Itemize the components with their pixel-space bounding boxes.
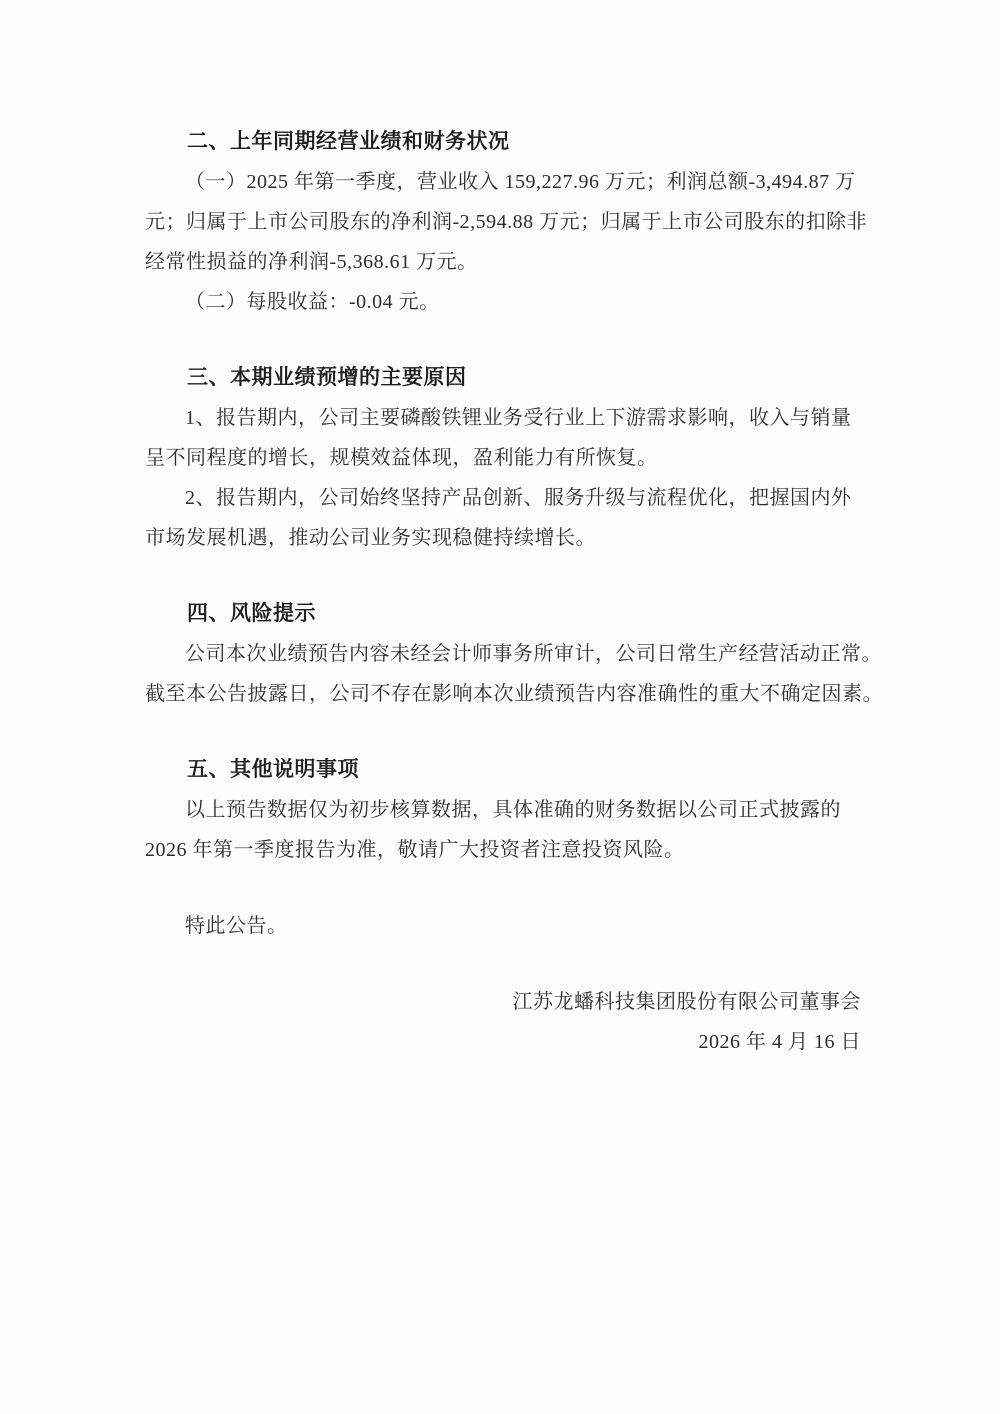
paragraph: （二）每股收益：-0.04 元。 bbox=[145, 282, 861, 322]
paragraph-line: 呈不同程度的增长，规模效益体现，盈利能力有所恢复。 bbox=[145, 438, 861, 478]
paragraph-line: 市场发展机遇，推动公司业务实现稳健持续增长。 bbox=[145, 518, 861, 558]
paragraph-line: （一）2025 年第一季度，营业收入 159,227.96 万元；利润总额-3,… bbox=[145, 162, 861, 202]
section-forecast-reasons: 三、本期业绩预增的主要原因 1、报告期内，公司主要磷酸铁锂业务受行业上下游需求影… bbox=[145, 358, 861, 558]
paragraph: 公司本次业绩预告内容未经会计师事务所审计，公司日常生产经营活动正常。 截至本公告… bbox=[145, 634, 861, 714]
document-page: 二、上年同期经营业绩和财务状况 （一）2025 年第一季度，营业收入 159,2… bbox=[0, 0, 1000, 1414]
section-heading-3: 三、本期业绩预增的主要原因 bbox=[145, 358, 861, 398]
paragraph-line: 公司本次业绩预告内容未经会计师事务所审计，公司日常生产经营活动正常。 bbox=[145, 634, 861, 674]
date-line: 2026 年 4 月 16 日 bbox=[145, 1022, 861, 1062]
section-prior-period-results: 二、上年同期经营业绩和财务状况 （一）2025 年第一季度，营业收入 159,2… bbox=[145, 122, 861, 322]
paragraph: （一）2025 年第一季度，营业收入 159,227.96 万元；利润总额-3,… bbox=[145, 162, 861, 282]
section-other-notes: 五、其他说明事项 以上预告数据仅为初步核算数据，具体准确的财务数据以公司正式披露… bbox=[145, 750, 861, 870]
signature-line: 江苏龙蟠科技集团股份有限公司董事会 bbox=[145, 982, 861, 1022]
section-heading-4: 四、风险提示 bbox=[145, 594, 861, 634]
paragraph-line: 2、报告期内，公司始终坚持产品创新、服务升级与流程优化，把握国内外 bbox=[145, 478, 861, 518]
section-heading-5: 五、其他说明事项 bbox=[145, 750, 861, 790]
section-risk-notice: 四、风险提示 公司本次业绩预告内容未经会计师事务所审计，公司日常生产经营活动正常… bbox=[145, 594, 861, 714]
paragraph: 2、报告期内，公司始终坚持产品创新、服务升级与流程优化，把握国内外 市场发展机遇… bbox=[145, 478, 861, 558]
paragraph-line: 2026 年第一季度报告为准，敬请广大投资者注意投资风险。 bbox=[145, 830, 861, 870]
paragraph: 以上预告数据仅为初步核算数据，具体准确的财务数据以公司正式披露的 2026 年第… bbox=[145, 790, 861, 870]
paragraph-line: 经常性损益的净利润-5,368.61 万元。 bbox=[145, 242, 861, 282]
section-heading-2: 二、上年同期经营业绩和财务状况 bbox=[145, 122, 861, 162]
paragraph-line: 截至本公告披露日，公司不存在影响本次业绩预告内容准确性的重大不确定因素。 bbox=[145, 674, 861, 714]
paragraph: 1、报告期内，公司主要磷酸铁锂业务受行业上下游需求影响，收入与销量 呈不同程度的… bbox=[145, 398, 861, 478]
paragraph-line: 以上预告数据仅为初步核算数据，具体准确的财务数据以公司正式披露的 bbox=[145, 790, 861, 830]
paragraph-line: （二）每股收益：-0.04 元。 bbox=[145, 282, 861, 322]
closing-statement: 特此公告。 bbox=[145, 906, 861, 946]
paragraph-line: 1、报告期内，公司主要磷酸铁锂业务受行业上下游需求影响，收入与销量 bbox=[145, 398, 861, 438]
paragraph-line: 元；归属于上市公司股东的净利润-2,594.88 万元；归属于上市公司股东的扣除… bbox=[145, 202, 861, 242]
